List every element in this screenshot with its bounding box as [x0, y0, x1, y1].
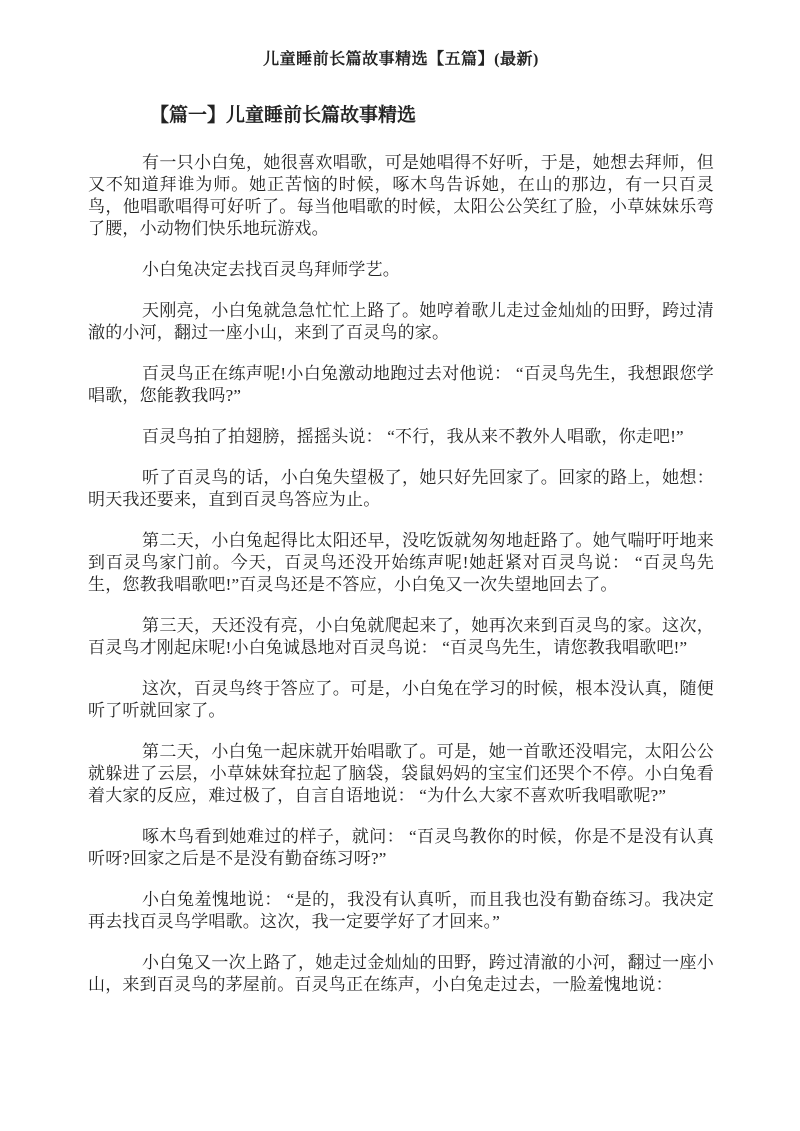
document-title: 儿童睡前长篇故事精选【五篇】(最新)	[88, 50, 714, 70]
story-paragraph: 天刚亮，小白兔就急急忙忙上路了。她哼着歌儿走过金灿灿的田野，跨过清澈的小河，翻过…	[88, 300, 714, 344]
story-paragraph: 第二天，小白兔一起床就开始唱歌了。可是，她一首歌还没唱完，太阳公公就躲进了云层，…	[88, 741, 714, 807]
story-paragraph: 听了百灵鸟的话，小白兔失望极了，她只好先回家了。回家的路上，她想：明天我还要来，…	[88, 467, 714, 511]
story-paragraph: 小白兔羞愧地说： “是的，我没有认真听，而且我也没有勤奋练习。我决定再去找百灵鸟…	[88, 889, 714, 933]
section-heading: 【篇一】儿童睡前长篇故事精选	[88, 104, 714, 128]
story-paragraph: 第三天，天还没有亮，小白兔就爬起来了，她再次来到百灵鸟的家。这次，百灵鸟才刚起床…	[88, 615, 714, 659]
story-paragraph: 百灵鸟拍了拍翅膀，摇摇头说： “不行，我从来不教外人唱歌，你走吧!”	[88, 426, 714, 448]
story-paragraph: 小白兔决定去找百灵鸟拜师学艺。	[88, 259, 714, 281]
story-paragraph: 百灵鸟正在练声呢!小白兔激动地跑过去对他说： “百灵鸟先生，我想跟您学唱歌，您能…	[88, 363, 714, 407]
story-paragraph: 小白兔又一次上路了，她走过金灿灿的田野，跨过清澈的小河，翻过一座小山，来到百灵鸟…	[88, 952, 714, 996]
story-paragraph: 这次，百灵鸟终于答应了。可是，小白兔在学习的时候，根本没认真，随便听了听就回家了…	[88, 678, 714, 722]
story-paragraph: 啄木鸟看到她难过的样子，就问： “百灵鸟教你的时候，你是不是没有认真听呀?回家之…	[88, 826, 714, 870]
story-paragraph: 有一只小白兔，她很喜欢唱歌，可是她唱得不好听，于是，她想去拜师，但又不知道拜谁为…	[88, 152, 714, 240]
story-body: 有一只小白兔，她很喜欢唱歌，可是她唱得不好听，于是，她想去拜师，但又不知道拜谁为…	[88, 152, 714, 996]
document-page: 儿童睡前长篇故事精选【五篇】(最新) 【篇一】儿童睡前长篇故事精选 有一只小白兔…	[0, 0, 800, 1131]
story-paragraph: 第二天，小白兔起得比太阳还早，没吃饭就匆匆地赶路了。她气喘吁吁地来到百灵鸟家门前…	[88, 530, 714, 596]
